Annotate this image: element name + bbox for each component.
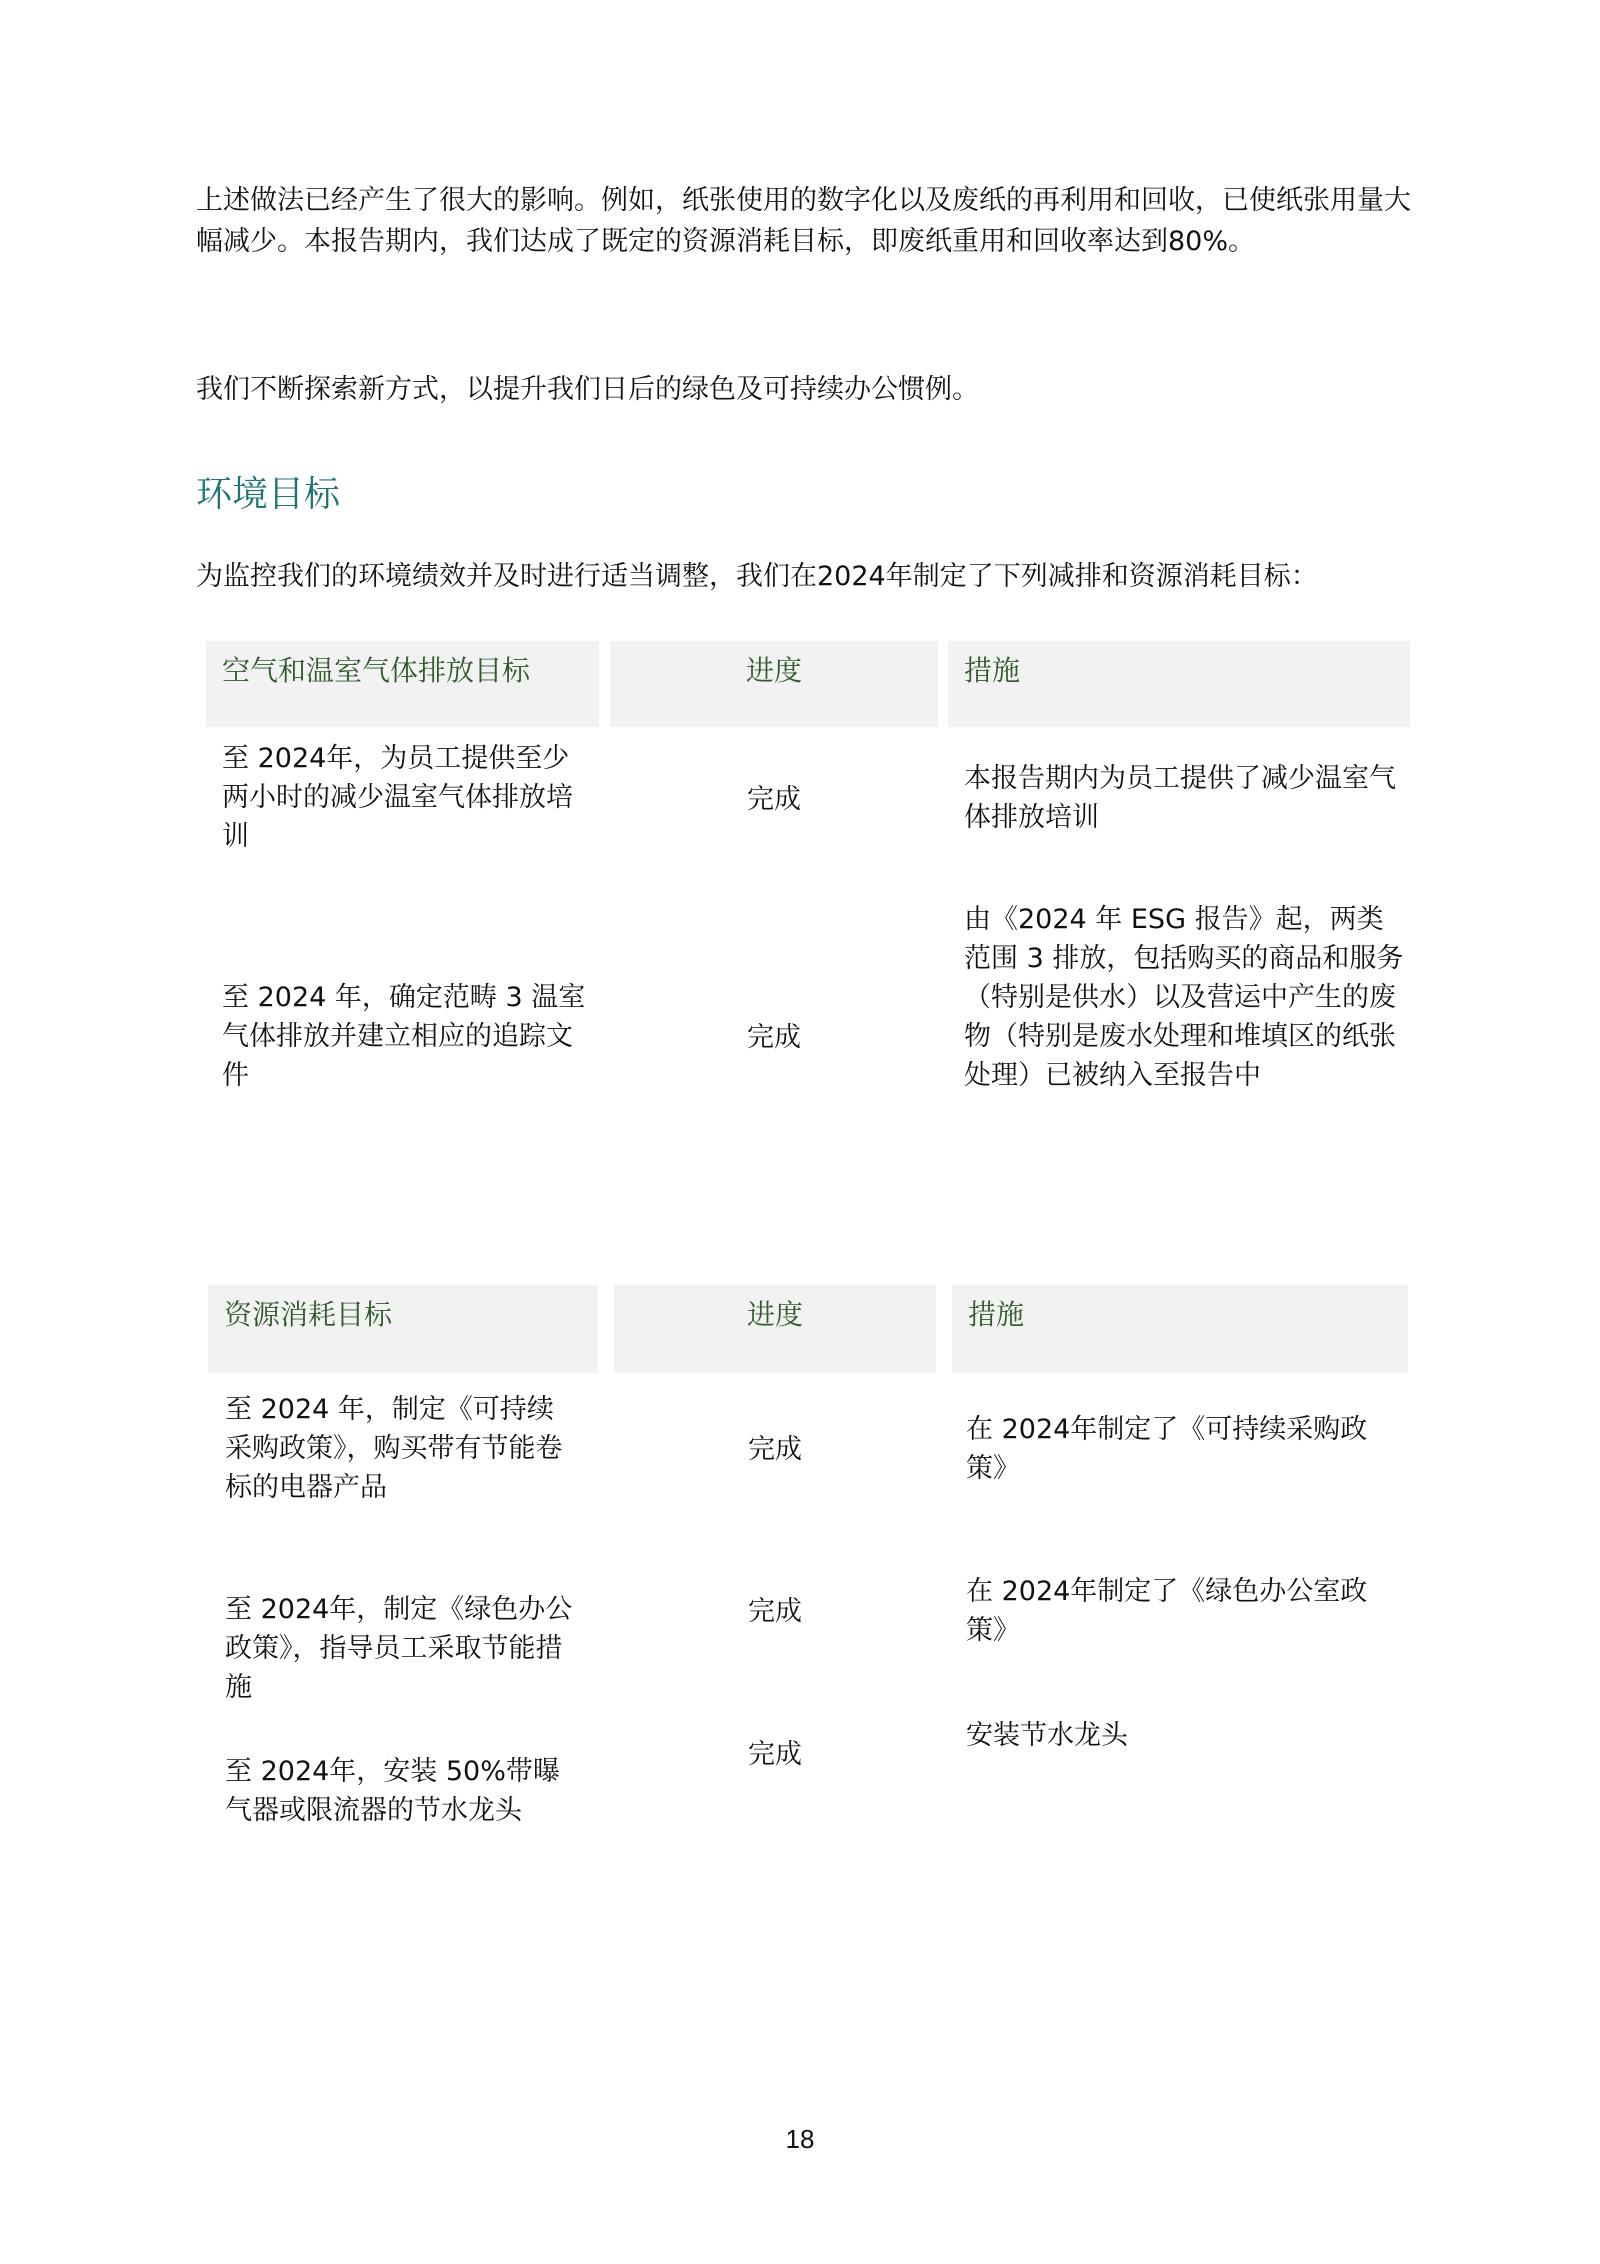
table2-row2-target: 至 2024年，制定《绿色办公政策》，指导员工采取节能措施 [225, 1590, 580, 1707]
table2-row1-progress: 完成 [614, 1430, 936, 1469]
table1-header-target: 空气和温室气体排放目标 [206, 641, 599, 727]
table2-header-measure: 措施 [952, 1285, 1408, 1373]
table1-header-progress: 进度 [610, 641, 938, 727]
table2-header-target: 资源消耗目标 [208, 1285, 598, 1373]
table2-row1-target: 至 2024 年，制定《可持续 采购政策》，购买带有节能卷标的电器产品 [225, 1390, 580, 1507]
table2-row3-progress: 完成 [614, 1735, 936, 1774]
table1-row1-target: 至 2024年，为员工提供至少两小时的减少温室气体排放培训 [222, 739, 592, 856]
page-number: 18 [0, 2124, 1600, 2155]
paragraph-green-office: 我们不断探索新方式，以提升我们日后的绿色及可持续办公惯例。 [196, 369, 1416, 410]
paragraph-intro: 为监控我们的环境绩效并及时进行适当调整，我们在2024年制定了下列减排和资源消耗… [196, 556, 1416, 597]
table2-row2-measure: 在 2024年制定了《绿色办公室政策》 [966, 1572, 1386, 1650]
table2-row2-progress: 完成 [614, 1592, 936, 1631]
table1-row1-progress: 完成 [610, 780, 938, 819]
section-heading: 环境目标 [196, 466, 340, 517]
table2-row1-measure: 在 2024年制定了《可持续采购政策》 [966, 1410, 1386, 1488]
table1-row2-progress: 完成 [610, 1018, 938, 1057]
paragraph-paper-reduction: 上述做法已经产生了很大的影响。例如，纸张使用的数字化以及废纸的再利用和回收，已使… [196, 180, 1416, 262]
table1-row1-measure: 本报告期内为员工提供了减少温室气体排放培训 [964, 759, 1404, 837]
table1-row2-target: 至 2024 年，确定范畴 3 温室气体排放并建立相应的追踪文件 [222, 978, 592, 1095]
table1-row2-measure: 由《2024 年 ESG 报告》起，两类范围 3 排放，包括购买的商品和服务（特… [964, 900, 1404, 1095]
table2-row3-measure: 安装节水龙头 [966, 1716, 1386, 1755]
table2-row3-target: 至 2024年，安装 50%带曝气器或限流器的节水龙头 [225, 1752, 580, 1830]
table1-header-measure: 措施 [948, 641, 1410, 727]
table2-header-progress: 进度 [614, 1285, 936, 1373]
